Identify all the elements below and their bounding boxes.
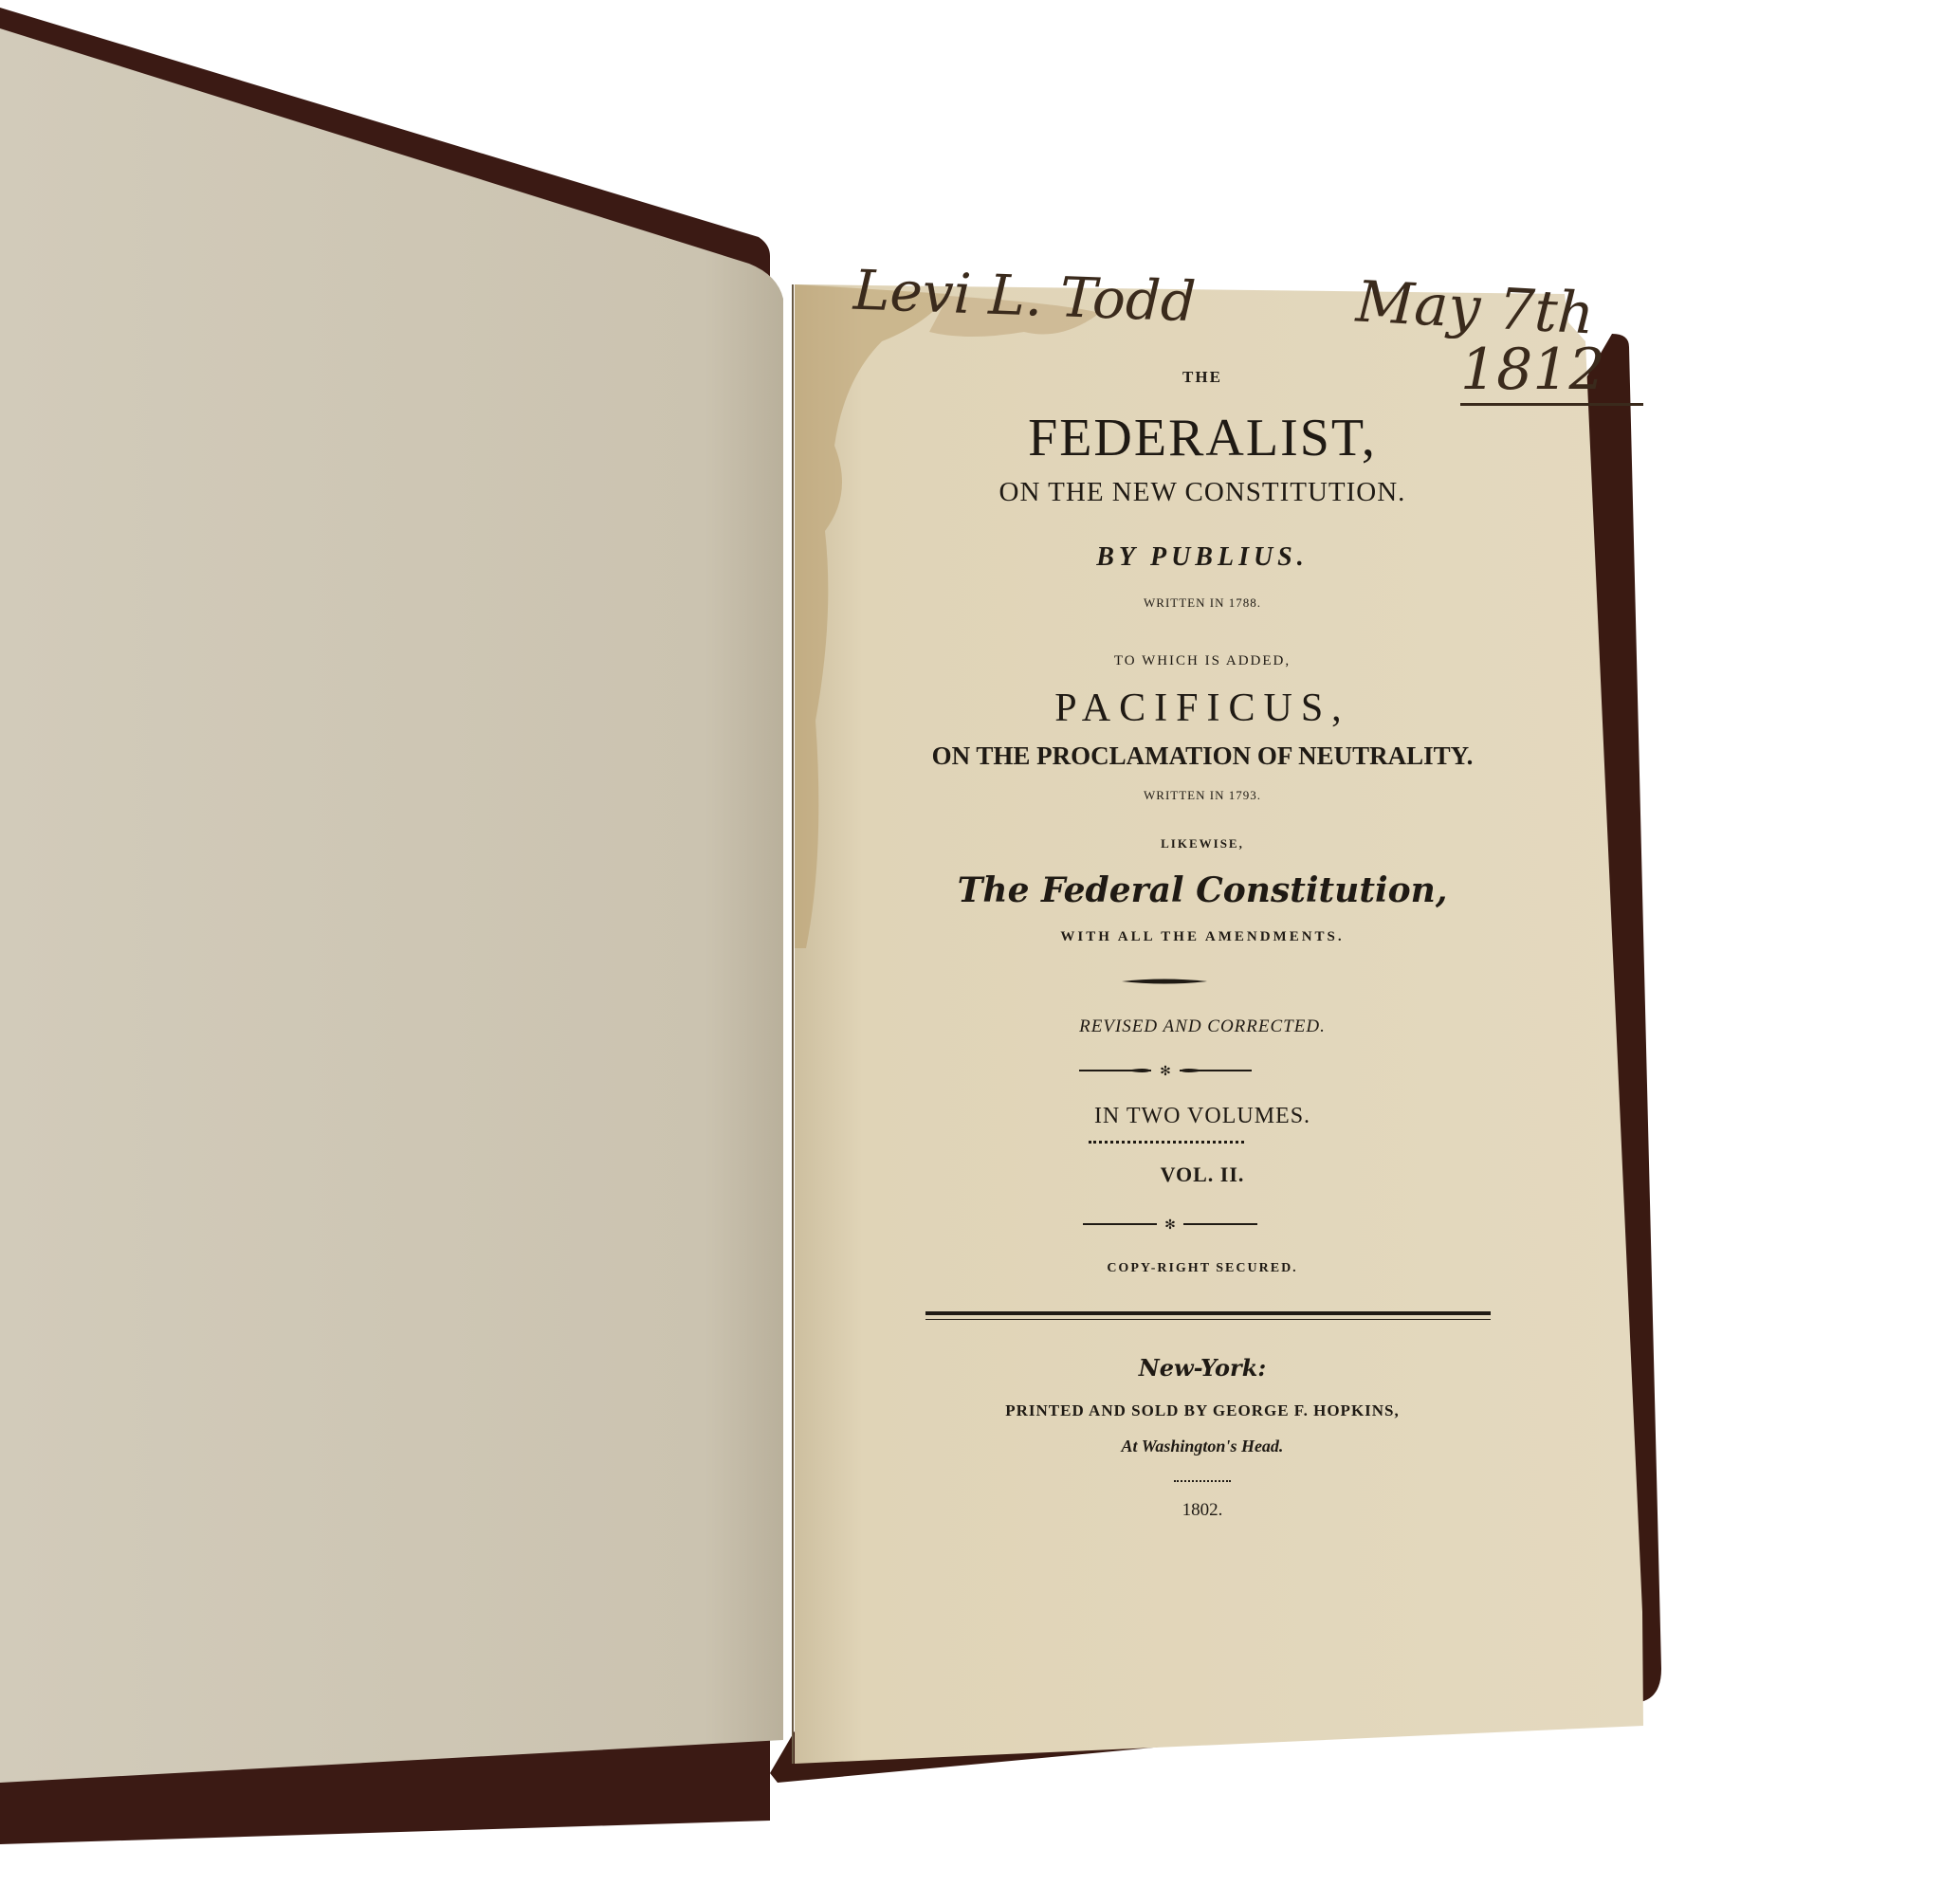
written-1788: WRITTEN IN 1788.: [231, 595, 1942, 611]
likewise: LIKEWISE,: [231, 836, 1942, 851]
second-subtitle: ON THE PROCLAMATION OF NEUTRALITY.: [231, 741, 1942, 771]
year: 1802.: [231, 1500, 1942, 1521]
main-subtitle: ON THE NEW CONSTITUTION.: [231, 477, 1942, 508]
second-title: PACIFICUS,: [231, 686, 1942, 731]
book-photo: Levi L. Todd May 7th 1812 THE FEDERALIST…: [0, 0, 1942, 1904]
dotted-rule: [1089, 1141, 1244, 1144]
main-title: FEDERALIST,: [231, 408, 1942, 468]
written-1793: WRITTEN IN 1793.: [231, 788, 1942, 803]
in-two-volumes: IN TWO VOLUMES.: [231, 1104, 1942, 1129]
double-rule: [925, 1311, 1491, 1315]
ornament-flourish: ✻: [1079, 1064, 1252, 1077]
amendments: WITH ALL THE AMENDMENTS.: [231, 929, 1942, 945]
inscription-name: Levi L. Todd: [852, 258, 1197, 335]
printer-location: At Washington's Head.: [231, 1437, 1942, 1456]
city: New-York:: [231, 1354, 1942, 1382]
ornament-rule: [1122, 977, 1207, 986]
revised-corrected: REVISED AND CORRECTED.: [231, 1016, 1942, 1037]
double-rule-thin: [925, 1319, 1491, 1320]
added-intro: TO WHICH IS ADDED,: [231, 653, 1942, 669]
author: BY PUBLIUS.: [231, 542, 1942, 573]
ornament-flourish: ✻: [1083, 1217, 1257, 1231]
third-title: The Federal Constitution,: [231, 870, 1942, 910]
printer: PRINTED AND SOLD BY GEORGE F. HOPKINS,: [231, 1401, 1942, 1420]
svg-text:✻: ✻: [1164, 1218, 1176, 1231]
dotted-rule-small: [1174, 1480, 1231, 1482]
volume-number: VOL. II.: [231, 1163, 1942, 1187]
copyright: COPY-RIGHT SECURED.: [231, 1261, 1942, 1276]
svg-text:✻: ✻: [1160, 1065, 1171, 1077]
title-the: THE: [231, 368, 1942, 387]
